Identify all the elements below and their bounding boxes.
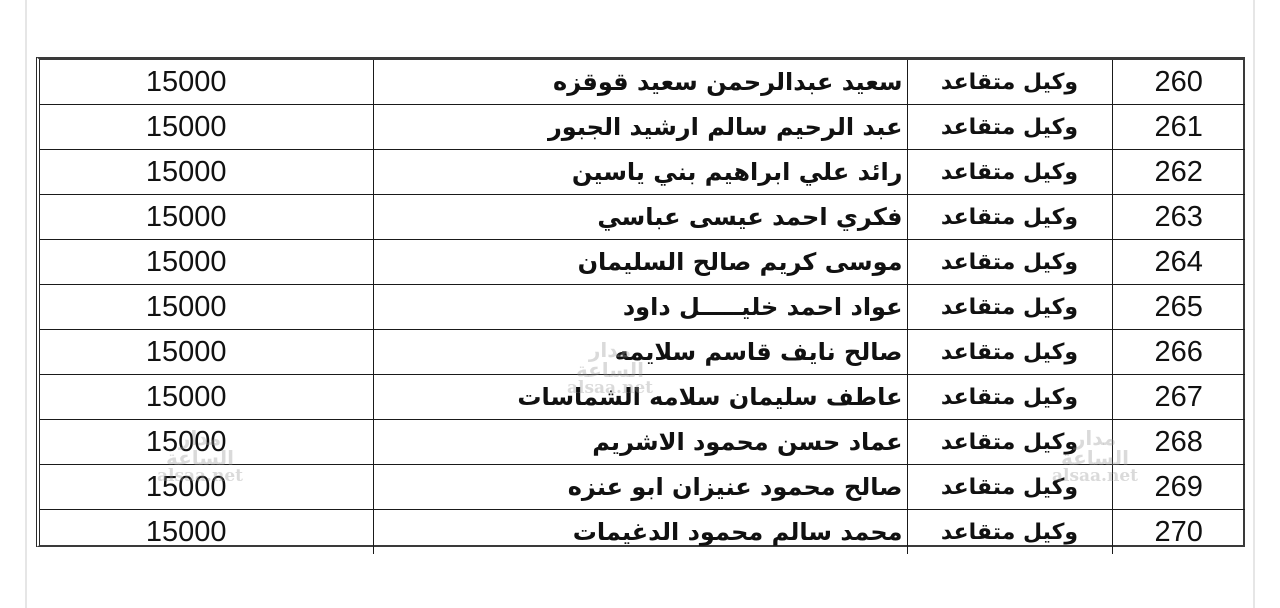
table-row: 15000 عماد حسن محمود الاشريم وكيل متقاعد… [40, 420, 1245, 465]
title-cell: وكيل متقاعد [907, 285, 1112, 330]
name-cell: عبد الرحيم سالم ارشيد الجبور [373, 105, 907, 150]
amount-cell: 15000 [40, 330, 373, 375]
amount-cell: 15000 [40, 420, 373, 465]
name-cell: عماد حسن محمود الاشريم [373, 420, 907, 465]
number-cell: 266 [1112, 330, 1245, 375]
title-cell: وكيل متقاعد [907, 465, 1112, 510]
name-cell: سعيد عبدالرحمن سعيد قوقزه [373, 60, 907, 105]
title-cell: وكيل متقاعد [907, 60, 1112, 105]
name-cell: عاطف سليمان سلامه الشماسات [373, 375, 907, 420]
number-cell: 268 [1112, 420, 1245, 465]
retirees-table: 15000 سعيد عبدالرحمن سعيد قوقزه وكيل متق… [36, 57, 1245, 547]
table-row: 15000 عواد احمد خليـــــل داود وكيل متقا… [40, 285, 1245, 330]
table-row: 15000 محمد سالم محمود الدغيمات وكيل متقا… [40, 510, 1245, 555]
name-cell: صالح نايف قاسم سلايمه [373, 330, 907, 375]
amount-cell: 15000 [40, 240, 373, 285]
number-cell: 263 [1112, 195, 1245, 240]
name-cell: موسى كريم صالح السليمان [373, 240, 907, 285]
amount-cell: 15000 [40, 465, 373, 510]
title-cell: وكيل متقاعد [907, 510, 1112, 555]
title-cell: وكيل متقاعد [907, 330, 1112, 375]
title-cell: وكيل متقاعد [907, 375, 1112, 420]
amount-cell: 15000 [40, 60, 373, 105]
amount-cell: 15000 [40, 510, 373, 555]
number-cell: 264 [1112, 240, 1245, 285]
title-cell: وكيل متقاعد [907, 150, 1112, 195]
table-row: 15000 سعيد عبدالرحمن سعيد قوقزه وكيل متق… [40, 60, 1245, 105]
name-cell: صالح محمود عنيزان ابو عنزه [373, 465, 907, 510]
number-cell: 265 [1112, 285, 1245, 330]
table-row: 15000 رائد علي ابراهيم بني ياسين وكيل مت… [40, 150, 1245, 195]
table-row: 15000 صالح محمود عنيزان ابو عنزه وكيل مت… [40, 465, 1245, 510]
table-row: 15000 عبد الرحيم سالم ارشيد الجبور وكيل … [40, 105, 1245, 150]
amount-cell: 15000 [40, 285, 373, 330]
table-row: 15000 عاطف سليمان سلامه الشماسات وكيل مت… [40, 375, 1245, 420]
title-cell: وكيل متقاعد [907, 195, 1112, 240]
table-row: 15000 صالح نايف قاسم سلايمه وكيل متقاعد … [40, 330, 1245, 375]
name-cell: عواد احمد خليـــــل داود [373, 285, 907, 330]
table: 15000 سعيد عبدالرحمن سعيد قوقزه وكيل متق… [40, 60, 1245, 554]
amount-cell: 15000 [40, 150, 373, 195]
number-cell: 269 [1112, 465, 1245, 510]
number-cell: 270 [1112, 510, 1245, 555]
title-cell: وكيل متقاعد [907, 420, 1112, 465]
number-cell: 261 [1112, 105, 1245, 150]
number-cell: 262 [1112, 150, 1245, 195]
name-cell: محمد سالم محمود الدغيمات [373, 510, 907, 555]
table-row: 15000 موسى كريم صالح السليمان وكيل متقاع… [40, 240, 1245, 285]
name-cell: فكري احمد عيسى عباسي [373, 195, 907, 240]
title-cell: وكيل متقاعد [907, 105, 1112, 150]
amount-cell: 15000 [40, 375, 373, 420]
number-cell: 260 [1112, 60, 1245, 105]
amount-cell: 15000 [40, 195, 373, 240]
name-cell: رائد علي ابراهيم بني ياسين [373, 150, 907, 195]
title-cell: وكيل متقاعد [907, 240, 1112, 285]
table-row: 15000 فكري احمد عيسى عباسي وكيل متقاعد 2… [40, 195, 1245, 240]
number-cell: 267 [1112, 375, 1245, 420]
amount-cell: 15000 [40, 105, 373, 150]
